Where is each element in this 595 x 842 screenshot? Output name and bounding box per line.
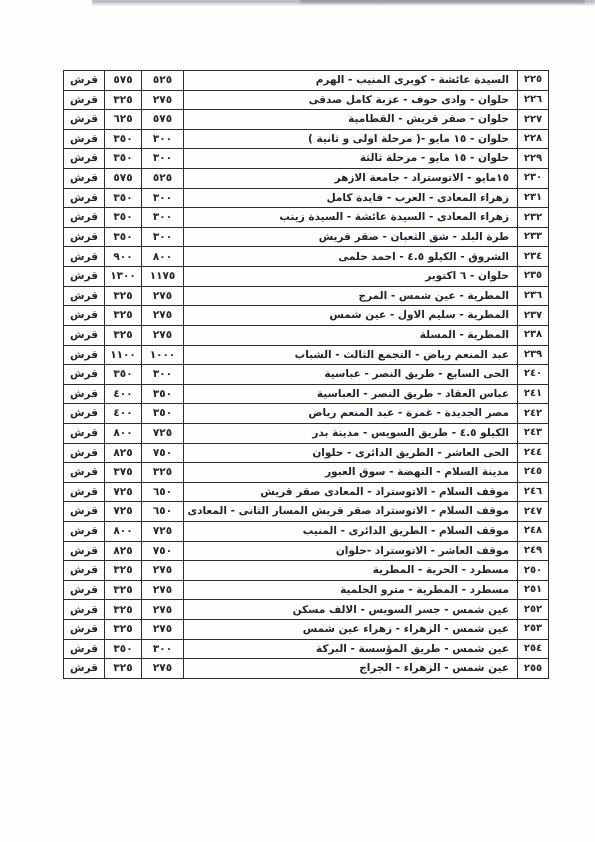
fare-a-cell: ٣٥٠ <box>141 404 183 423</box>
currency-unit-cell: قرش <box>64 169 104 188</box>
fare-a-cell: ٢٧٥ <box>141 620 183 639</box>
fare-b-cell: ٣٥٠ <box>104 640 141 659</box>
route-name-cell: مصر الجديدة - غمرة - عبد المنعم رياض <box>183 404 517 423</box>
currency-unit-cell: قرش <box>64 561 104 580</box>
fare-a-cell: ٥٧٥ <box>141 110 183 129</box>
fare-a-cell: ٢٧٥ <box>141 306 183 325</box>
fare-b-cell: ٣٢٥ <box>104 561 141 580</box>
fare-b-cell: ٤٠٠ <box>104 404 141 423</box>
route-number-cell: ٢٣٢ <box>517 208 548 227</box>
fare-a-cell: ٢٧٥ <box>141 91 183 110</box>
fare-a-cell: ٧٢٥ <box>141 424 183 443</box>
fare-b-cell: ٣٢٥ <box>104 581 141 600</box>
fare-b-cell: ٣٥٠ <box>104 189 141 208</box>
fare-table: ٢٢٥ السيدة عائشة - كوبرى المنيب - الهرم … <box>63 70 549 679</box>
table-row: ٢٤٣ الكيلو ٤.٥ - طريق السويس - مدينة بدر… <box>64 423 548 443</box>
currency-unit-cell: قرش <box>64 326 104 345</box>
currency-unit-cell: قرش <box>64 640 104 659</box>
fare-a-cell: ٣٠٠ <box>141 149 183 168</box>
route-number-cell: ٢٢٨ <box>517 130 548 149</box>
fare-a-cell: ٨٠٠ <box>141 247 183 266</box>
fare-a-cell: ٣٠٠ <box>141 228 183 247</box>
route-name-cell: ١٥مايو - الاتوستراد - جامعة الازهر <box>183 169 517 188</box>
currency-unit-cell: قرش <box>64 228 104 247</box>
route-number-cell: ٢٢٥ <box>517 71 548 90</box>
route-name-cell: حلوان - ١٥ مايو - مرحلة ثالثة <box>183 149 517 168</box>
route-name-cell: طرة البلد - شق الثعبان - صقر قريش <box>183 228 517 247</box>
route-name-cell: موقف السلام - الطريق الدائرى - المنيب <box>183 522 517 541</box>
currency-unit-cell: قرش <box>64 110 104 129</box>
currency-unit-cell: قرش <box>64 502 104 521</box>
table-row: ٢٤١ عباس العقاد - طريق النصر - العباسية … <box>64 384 548 404</box>
route-number-cell: ٢٥٥ <box>517 659 548 678</box>
table-row: ٢٤٧ موقف السلام - الاتوستراد صقر قريش ال… <box>64 501 548 521</box>
fare-b-cell: ٨٢٥ <box>104 444 141 463</box>
fare-a-cell: ٢٧٥ <box>141 561 183 580</box>
route-name-cell: عبد المنعم رياض - التجمع الثالث - الشباب <box>183 346 517 365</box>
table-row: ٢٤٨ موقف السلام - الطريق الدائرى - المني… <box>64 521 548 541</box>
route-name-cell: الحى العاشر - الطريق الدائرى - حلوان <box>183 444 517 463</box>
currency-unit-cell: قرش <box>64 444 104 463</box>
fare-b-cell: ١٣٠٠ <box>104 267 141 286</box>
table-row: ٢٤٤ الحى العاشر - الطريق الدائرى - حلوان… <box>64 443 548 463</box>
currency-unit-cell: قرش <box>64 600 104 619</box>
route-name-cell: الكيلو ٤.٥ - طريق السويس - مدينة بدر <box>183 424 517 443</box>
route-number-cell: ٢٢٩ <box>517 149 548 168</box>
table-row: ٢٣٤ الشروق - الكيلو ٤.٥ - احمد حلمى ٨٠٠ … <box>64 246 548 266</box>
fare-b-cell: ٤٠٠ <box>104 385 141 404</box>
fare-a-cell: ٣٥٠ <box>141 385 183 404</box>
route-name-cell: عين شمس - جسر السويس - الالف مسكن <box>183 600 517 619</box>
fare-b-cell: ٣٢٥ <box>104 600 141 619</box>
scan-artifact-top-dark <box>300 0 585 5</box>
route-number-cell: ٢٣٩ <box>517 346 548 365</box>
route-number-cell: ٢٤٢ <box>517 404 548 423</box>
route-number-cell: ٢٣٤ <box>517 247 548 266</box>
currency-unit-cell: قرش <box>64 267 104 286</box>
route-number-cell: ٢٣٠ <box>517 169 548 188</box>
route-number-cell: ٢٥٤ <box>517 640 548 659</box>
fare-b-cell: ٥٧٥ <box>104 169 141 188</box>
route-number-cell: ٢٥٠ <box>517 561 548 580</box>
fare-b-cell: ٣٢٥ <box>104 326 141 345</box>
route-number-cell: ٢٣٦ <box>517 287 548 306</box>
fare-a-cell: ٣٠٠ <box>141 640 183 659</box>
route-name-cell: زهراء المعادى - العرب - فايدة كامل <box>183 189 517 208</box>
route-number-cell: ٢٣٣ <box>517 228 548 247</box>
fare-a-cell: ٧٢٥ <box>141 522 183 541</box>
fare-a-cell: ٧٥٠ <box>141 444 183 463</box>
currency-unit-cell: قرش <box>64 404 104 423</box>
table-row: ٢٣٥ حلوان - ٦ اكتوبر ١١٧٥ ١٣٠٠ قرش <box>64 266 548 286</box>
fare-a-cell: ٣٠٠ <box>141 208 183 227</box>
fare-b-cell: ٣٧٥ <box>104 463 141 482</box>
table-row: ٢٣٢ زهراء المعادى - السيدة عائشة - السيد… <box>64 207 548 227</box>
route-name-cell: المطرية - المسلة <box>183 326 517 345</box>
fare-a-cell: ٣٠٠ <box>141 365 183 384</box>
route-name-cell: حلوان - ٦ اكتوبر <box>183 267 517 286</box>
route-name-cell: عباس العقاد - طريق النصر - العباسية <box>183 385 517 404</box>
currency-unit-cell: قرش <box>64 189 104 208</box>
fare-a-cell: ١١٧٥ <box>141 267 183 286</box>
table-row: ٢٢٦ حلوان - وادى حوف - عزبة كامل صدقى ٢٧… <box>64 90 548 110</box>
route-name-cell: عين شمس - الزهراء - الجراج <box>183 659 517 678</box>
fare-b-cell: ٨٢٥ <box>104 542 141 561</box>
fare-b-cell: ٨٠٠ <box>104 424 141 443</box>
table-row: ٢٢٧ حلوان - صقر قريش - القطامية ٥٧٥ ٦٢٥ … <box>64 109 548 129</box>
currency-unit-cell: قرش <box>64 346 104 365</box>
route-name-cell: الحى السابع - طريق النصر - عباسية <box>183 365 517 384</box>
route-name-cell: مسطرد - المطرية - مترو الحلمية <box>183 581 517 600</box>
fare-a-cell: ٢٧٥ <box>141 581 183 600</box>
route-number-cell: ٢٣١ <box>517 189 548 208</box>
currency-unit-cell: قرش <box>64 424 104 443</box>
route-number-cell: ٢٤٧ <box>517 502 548 521</box>
route-name-cell: مسطرد - الحرية - المطرية <box>183 561 517 580</box>
table-row: ٢٣٨ المطرية - المسلة ٢٧٥ ٣٢٥ قرش <box>64 325 548 345</box>
route-number-cell: ٢٢٧ <box>517 110 548 129</box>
table-row: ٢٢٥ السيدة عائشة - كوبرى المنيب - الهرم … <box>64 71 548 90</box>
fare-b-cell: ٣٥٠ <box>104 228 141 247</box>
table-row: ٢٤٩ موقف العاشر - الاتوستراد -حلوان ٧٥٠ … <box>64 541 548 561</box>
route-name-cell: المطرية - سليم الاول - عين شمس <box>183 306 517 325</box>
route-name-cell: موقف العاشر - الاتوستراد -حلوان <box>183 542 517 561</box>
fare-a-cell: ٢٧٥ <box>141 600 183 619</box>
fare-b-cell: ٨٠٠ <box>104 522 141 541</box>
scanned-document-page: ٢٢٥ السيدة عائشة - كوبرى المنيب - الهرم … <box>0 0 595 842</box>
route-name-cell: حلوان - ١٥ مايو -( مرحلة اولى و ثانية ) <box>183 130 517 149</box>
route-name-cell: الشروق - الكيلو ٤.٥ - احمد حلمى <box>183 247 517 266</box>
route-number-cell: ٢٣٥ <box>517 267 548 286</box>
route-name-cell: المطرية - عين شمس - المرج <box>183 287 517 306</box>
route-number-cell: ٢٤٤ <box>517 444 548 463</box>
route-number-cell: ٢٢٦ <box>517 91 548 110</box>
route-number-cell: ٢٤٠ <box>517 365 548 384</box>
route-name-cell: موقف السلام - الاتوستراد - المعادى صقر ق… <box>183 483 517 502</box>
route-name-cell: مدينة السلام - النهضة - سوق العبور <box>183 463 517 482</box>
fare-b-cell: ٥٧٥ <box>104 71 141 90</box>
table-row: ٢٥٠ مسطرد - الحرية - المطرية ٢٧٥ ٣٢٥ قرش <box>64 560 548 580</box>
fare-b-cell: ٩٠٠ <box>104 247 141 266</box>
fare-a-cell: ٥٢٥ <box>141 71 183 90</box>
route-number-cell: ٢٤٨ <box>517 522 548 541</box>
table-row: ٢٤٥ مدينة السلام - النهضة - سوق العبور ٣… <box>64 462 548 482</box>
table-row: ٢٥٤ عين شمس - طريق المؤسسة - البركة ٣٠٠ … <box>64 639 548 659</box>
route-name-cell: السيدة عائشة - كوبرى المنيب - الهرم <box>183 71 517 90</box>
fare-b-cell: ٣٥٠ <box>104 208 141 227</box>
currency-unit-cell: قرش <box>64 483 104 502</box>
currency-unit-cell: قرش <box>64 306 104 325</box>
currency-unit-cell: قرش <box>64 287 104 306</box>
fare-a-cell: ٦٥٠ <box>141 483 183 502</box>
currency-unit-cell: قرش <box>64 247 104 266</box>
fare-a-cell: ٢٧٥ <box>141 326 183 345</box>
currency-unit-cell: قرش <box>64 522 104 541</box>
route-number-cell: ٢٥٢ <box>517 600 548 619</box>
fare-b-cell: ٣٢٥ <box>104 287 141 306</box>
table-row: ٢٣٦ المطرية - عين شمس - المرج ٢٧٥ ٣٢٥ قر… <box>64 286 548 306</box>
route-number-cell: ٢٤١ <box>517 385 548 404</box>
table-row: ٢٣٩ عبد المنعم رياض - التجمع الثالث - ال… <box>64 345 548 365</box>
table-row: ٢٣٧ المطرية - سليم الاول - عين شمس ٢٧٥ ٣… <box>64 305 548 325</box>
currency-unit-cell: قرش <box>64 581 104 600</box>
table-row: ٢٣١ زهراء المعادى - العرب - فايدة كامل ٣… <box>64 188 548 208</box>
table-row: ٢٥١ مسطرد - المطرية - مترو الحلمية ٢٧٥ ٣… <box>64 580 548 600</box>
route-number-cell: ٢٣٨ <box>517 326 548 345</box>
table-row: ٢٤٦ موقف السلام - الاتوستراد - المعادى ص… <box>64 482 548 502</box>
route-number-cell: ٢٤٩ <box>517 542 548 561</box>
fare-a-cell: ٥٢٥ <box>141 169 183 188</box>
table-row: ٢٥٣ عين شمس - الزهراء - زهراء عين شمس ٢٧… <box>64 619 548 639</box>
route-number-cell: ٢٥٣ <box>517 620 548 639</box>
route-name-cell: عين شمس - طريق المؤسسة - البركة <box>183 640 517 659</box>
currency-unit-cell: قرش <box>64 71 104 90</box>
route-number-cell: ٢٤٦ <box>517 483 548 502</box>
fare-a-cell: ١٠٠٠ <box>141 346 183 365</box>
table-row: ٢٣٣ طرة البلد - شق الثعبان - صقر قريش ٣٠… <box>64 227 548 247</box>
fare-b-cell: ١١٠٠ <box>104 346 141 365</box>
fare-a-cell: ٣٠٠ <box>141 130 183 149</box>
fare-b-cell: ٣٢٥ <box>104 620 141 639</box>
fare-b-cell: ٣٢٥ <box>104 659 141 678</box>
fare-a-cell: ٣٢٥ <box>141 463 183 482</box>
fare-b-cell: ٣٥٠ <box>104 149 141 168</box>
currency-unit-cell: قرش <box>64 620 104 639</box>
table-row: ٢٥٥ عين شمس - الزهراء - الجراج ٢٧٥ ٣٢٥ ق… <box>64 658 548 678</box>
currency-unit-cell: قرش <box>64 208 104 227</box>
route-number-cell: ٢٤٥ <box>517 463 548 482</box>
fare-b-cell: ٣٢٥ <box>104 306 141 325</box>
currency-unit-cell: قرش <box>64 149 104 168</box>
route-name-cell: حلوان - صقر قريش - القطامية <box>183 110 517 129</box>
table-row: ٢٢٩ حلوان - ١٥ مايو - مرحلة ثالثة ٣٠٠ ٣٥… <box>64 148 548 168</box>
fare-a-cell: ٦٥٠ <box>141 502 183 521</box>
route-number-cell: ٢٥١ <box>517 581 548 600</box>
table-row: ٢٤٠ الحى السابع - طريق النصر - عباسية ٣٠… <box>64 364 548 384</box>
table-row: ٢٢٨ حلوان - ١٥ مايو -( مرحلة اولى و ثاني… <box>64 129 548 149</box>
table-row: ٢٣٠ ١٥مايو - الاتوستراد - جامعة الازهر ٥… <box>64 168 548 188</box>
fare-b-cell: ٧٢٥ <box>104 502 141 521</box>
fare-a-cell: ٢٧٥ <box>141 287 183 306</box>
route-number-cell: ٢٣٧ <box>517 306 548 325</box>
route-name-cell: حلوان - وادى حوف - عزبة كامل صدقى <box>183 91 517 110</box>
route-name-cell: موقف السلام - الاتوستراد صقر قريش المسار… <box>183 502 517 521</box>
currency-unit-cell: قرش <box>64 659 104 678</box>
currency-unit-cell: قرش <box>64 365 104 384</box>
fare-b-cell: ٦٢٥ <box>104 110 141 129</box>
fare-a-cell: ٣٠٠ <box>141 189 183 208</box>
fare-b-cell: ٣٢٥ <box>104 91 141 110</box>
fare-b-cell: ٧٢٥ <box>104 483 141 502</box>
currency-unit-cell: قرش <box>64 91 104 110</box>
currency-unit-cell: قرش <box>64 542 104 561</box>
route-number-cell: ٢٤٣ <box>517 424 548 443</box>
table-row: ٢٥٢ عين شمس - جسر السويس - الالف مسكن ٢٧… <box>64 599 548 619</box>
currency-unit-cell: قرش <box>64 130 104 149</box>
route-name-cell: عين شمس - الزهراء - زهراء عين شمس <box>183 620 517 639</box>
fare-b-cell: ٣٥٠ <box>104 365 141 384</box>
fare-a-cell: ٧٥٠ <box>141 542 183 561</box>
currency-unit-cell: قرش <box>64 463 104 482</box>
fare-b-cell: ٣٥٠ <box>104 130 141 149</box>
fare-a-cell: ٢٧٥ <box>141 659 183 678</box>
table-row: ٢٤٢ مصر الجديدة - غمرة - عبد المنعم رياض… <box>64 403 548 423</box>
route-name-cell: زهراء المعادى - السيدة عائشة - السيدة زي… <box>183 208 517 227</box>
currency-unit-cell: قرش <box>64 385 104 404</box>
